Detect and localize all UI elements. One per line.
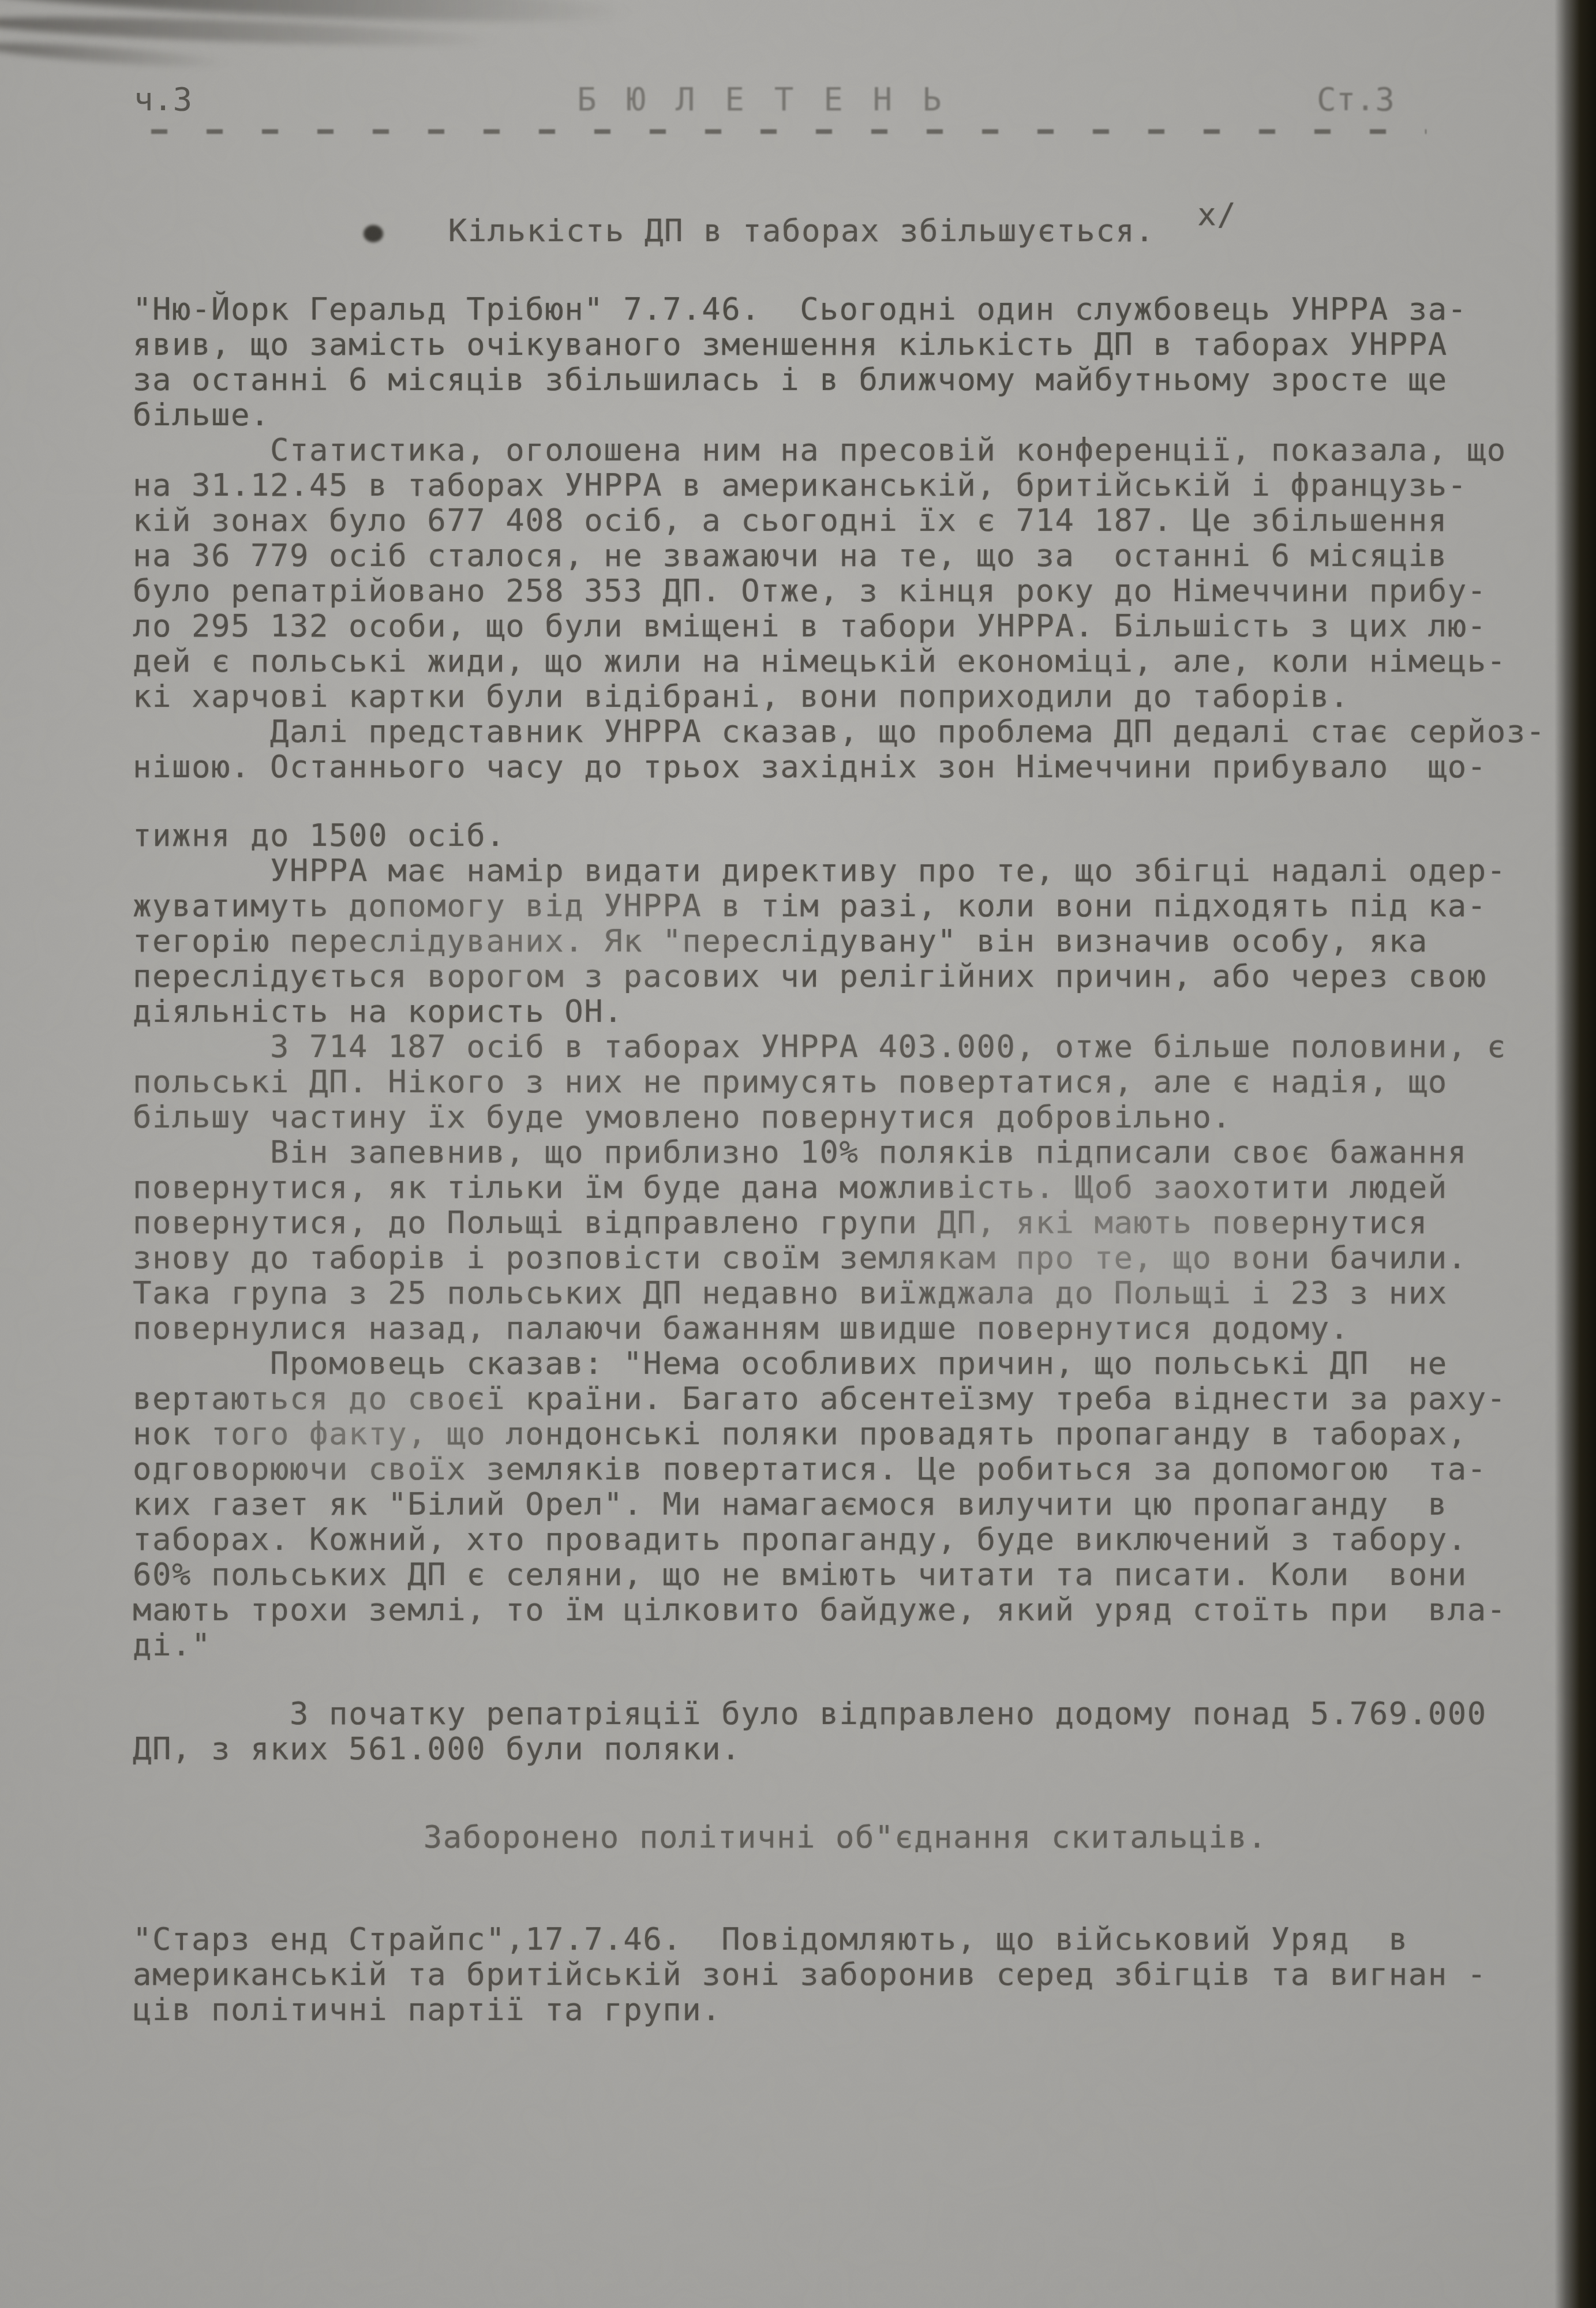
paragraph: Промовець сказав: "Нема особливих причин… [133, 1346, 1558, 1662]
scanned-bulletin-page: ч.3 Б Ю Л Е Т Е Н Ь Ст.3 Кількість ДП в … [0, 0, 1596, 2308]
page-number: Ст.3 [1317, 81, 1395, 118]
article1-title-text: Кількість ДП в таборах збільшується. [448, 212, 1155, 249]
masthead-title: Б Ю Л Е Т Е Н Ь [577, 81, 947, 118]
body-text-column: "Ню-Йорк Геральд Трібюн" 7.7.46. Сьогодн… [133, 291, 1558, 2027]
article2-title: Заборонено політичні об"єднання скитальц… [133, 1819, 1558, 1854]
paragraph: тижня до 1500 осіб. [133, 818, 1558, 853]
paragraph: З початку репатріяції було відправлено д… [133, 1696, 1558, 1766]
page-header: ч.3 Б Ю Л Е Т Е Н Ь Ст.3 [0, 81, 1596, 121]
paragraph: Статистика, оголошена ним на пресовій ко… [133, 432, 1558, 714]
paragraph: Він запевнив, що приблизно 10% поляків п… [133, 1134, 1558, 1346]
paragraph: УНРРА має намір видати директиву про те,… [133, 853, 1558, 1029]
pencil-smudge [0, 12, 502, 51]
pencil-smudge [0, 0, 635, 31]
article1-title: Кількість ДП в таборах збільшується.х/ [133, 212, 1552, 249]
footnote-marker: х/ [1197, 196, 1237, 233]
scanner-edge-shadow [1554, 0, 1596, 2308]
paragraph: "Старз енд Страйпс",17.7.46. Повідомляют… [133, 1921, 1558, 2027]
paragraph: "Ню-Йорк Геральд Трібюн" 7.7.46. Сьогодн… [133, 291, 1558, 432]
paragraph: Далі представник УНРРА сказав, що пробле… [133, 714, 1558, 784]
dashed-rule [151, 129, 1426, 134]
pencil-smudge [0, 39, 231, 71]
paragraph: З 714 187 осіб в таборах УНРРА 403.000, … [133, 1029, 1558, 1134]
issue-number: ч.3 [134, 81, 192, 118]
